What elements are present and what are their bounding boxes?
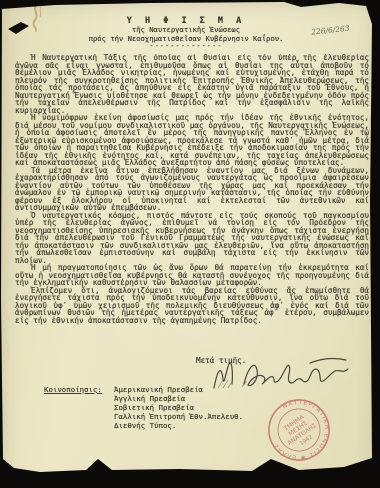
paragraph: Ἡ Ναυτεργατική Τάξις τῆς ὁποίας αἱ θυσία… [15,54,369,114]
document-page: 226/6/263 Υ Η Φ Ι Σ Μ Α τῆς Ναυτεργατικῆ… [0,0,380,488]
distribution-list: Ἀμερικανική Πρεσβεία Ἀγγλική Πρεσβεία Σο… [114,385,243,430]
title-separator: -------------- [0,43,372,50]
paragraph: Ὁ ναυτεργατικός κόσμος, πιστός πάντοτε ε… [15,212,369,265]
paragraph: Ἡ μή πραγματοποίησις τῶν ὡς ἄνω ὅρων θά … [15,264,369,287]
paragraph: Ἐλπίζομεν ὅτι, ἀναλογιζόμενοι τάς βαρεία… [15,287,369,325]
distribution-label: Κοινοποίησις: [44,385,102,394]
distribution-item: Ἀμερικανική Πρεσβεία [114,385,243,394]
paragraph: Ἡ νομιμόφρων ἐκείνη ἀφοσίωσίς μας πρός τ… [15,114,369,167]
document-body: Ἡ Ναυτεργατική Τάξις τῆς ὁποίας αἱ θυσία… [15,54,369,356]
distribution-item: Γαλλική Ἐπιτροπή Ἐθν.Ἀπελευθ. [114,412,243,421]
paragraph: Τά μέτρα ἐκεῖνα ἅτινα ἐπεβλήθησαν ἐναντί… [15,167,369,212]
distribution-item: Ἀγγλική Πρεσβεία [114,394,243,403]
distribution-item: Σοβιετική Πρεσβεία [114,403,243,412]
distribution-item: Διεθνής Τύπος. [114,421,243,430]
